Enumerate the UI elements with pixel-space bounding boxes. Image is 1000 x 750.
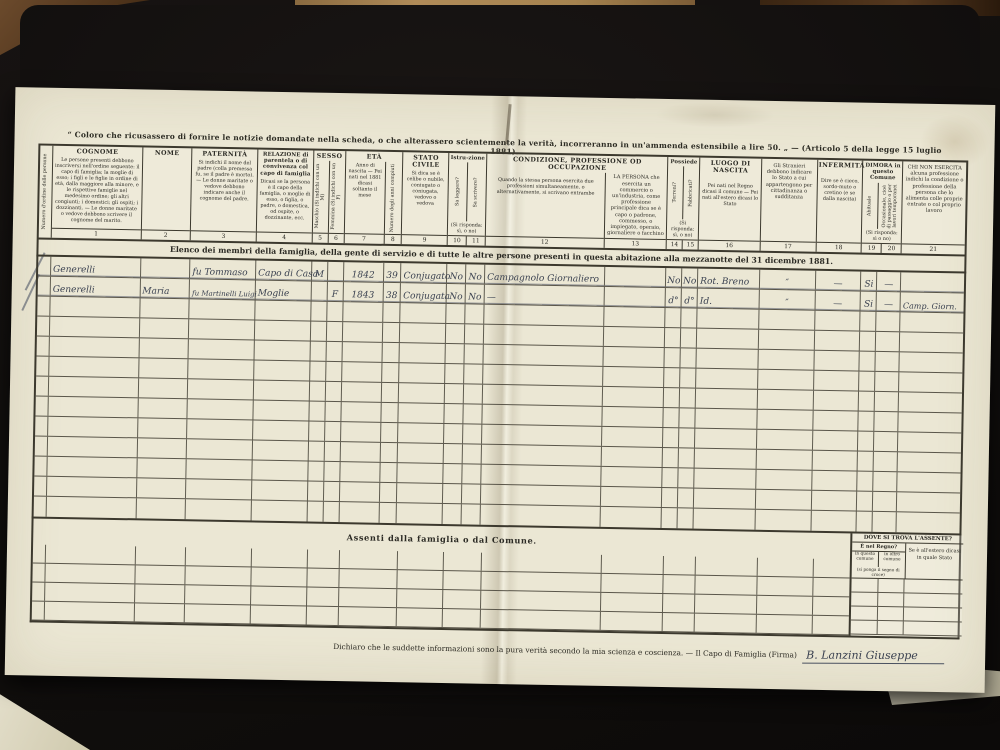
empty-cell	[34, 496, 47, 516]
empty-cell	[379, 503, 397, 523]
empty-cell	[757, 430, 813, 450]
column-header-dimora: DIMORA in questo Comune Abituale Occasio…	[862, 161, 904, 254]
empty-cell	[851, 620, 878, 633]
empty-cell	[877, 312, 901, 331]
empty-cell	[397, 589, 443, 608]
la-persona-note: LA PERSONA che esercita un commercio o u…	[605, 173, 668, 239]
empty-cell	[851, 578, 878, 591]
empty-cell	[342, 362, 382, 382]
empty-cell	[484, 305, 604, 326]
empty-cell	[756, 490, 812, 510]
empty-cell	[253, 400, 309, 420]
empty-cell	[757, 577, 813, 596]
empty-cell	[188, 359, 254, 379]
empty-cell	[759, 310, 815, 330]
dimora-title: DIMORA in questo Comune	[863, 161, 902, 183]
empty-cell	[324, 482, 340, 501]
nome-note	[141, 158, 191, 231]
empty-cell	[877, 607, 904, 620]
absent-croce-nota: (si ponga il segno di croce)	[852, 566, 905, 578]
empty-cell	[32, 582, 45, 600]
column-header-condizione: CONDIZIONE, PROFESSIONE OD OCCUPAZIONE Q…	[486, 154, 669, 249]
empty-cell	[483, 385, 603, 406]
empty-cell	[662, 508, 678, 528]
dimora-occasionale-label: Occasionale, cioè di passaggio o per lav…	[882, 183, 899, 230]
declaration-text: Dichiaro che le suddette informazioni so…	[333, 642, 797, 659]
empty-cell	[323, 502, 339, 522]
cell-chi-non-esercita	[901, 272, 964, 292]
empty-cell	[140, 298, 190, 318]
empty-cell	[397, 483, 443, 503]
column-header-chi-non-esercita: CHI NON ESERCITA alcuna professione indi…	[902, 161, 966, 254]
empty-cell	[399, 403, 445, 423]
empty-cell	[307, 569, 339, 588]
empty-cell	[481, 465, 601, 486]
cell-dimora-abituale: Si	[861, 292, 877, 311]
empty-cell	[187, 419, 253, 439]
cell-maschio	[311, 282, 327, 301]
cell-fabbricati: d°	[682, 288, 698, 307]
cell-numero	[38, 257, 51, 276]
empty-cell	[696, 389, 758, 409]
empty-cell	[755, 510, 811, 531]
empty-cell	[899, 412, 962, 432]
empty-cell	[604, 307, 666, 327]
empty-cell	[309, 402, 325, 421]
empty-cell	[185, 585, 251, 604]
empty-cell	[465, 344, 484, 363]
empty-cell	[858, 432, 874, 451]
empty-cell	[253, 440, 309, 460]
empty-cell	[308, 442, 324, 461]
column-header-stranieri: Gli Stranieri debbono indicare lo Stato …	[760, 159, 817, 252]
assenti-left: Assenti dalla famiglia o dal Comune.	[32, 518, 851, 635]
empty-cell	[49, 357, 139, 378]
empty-cell	[397, 503, 443, 524]
empty-cell	[398, 551, 444, 570]
empty-cell	[873, 492, 897, 511]
empty-cell	[663, 613, 695, 632]
cell-dimora-occasionale: —	[877, 292, 901, 311]
empty-cell	[681, 308, 697, 327]
cell-terreni: No	[666, 268, 682, 287]
empty-cell	[680, 368, 696, 387]
empty-cell	[877, 621, 904, 634]
empty-cell	[483, 405, 603, 426]
assenti-section: Assenti dalla famiglia o dal Comune. DOV…	[30, 518, 962, 639]
empty-cell	[899, 392, 962, 412]
empty-cell	[757, 596, 813, 615]
empty-cell	[187, 439, 253, 459]
empty-cell	[861, 312, 877, 331]
empty-cell	[398, 423, 444, 443]
empty-cell	[697, 309, 759, 329]
empty-cell	[662, 488, 678, 507]
empty-cell	[252, 480, 308, 500]
empty-cell	[873, 512, 897, 532]
absent-altro-comune-label: in altro comune	[879, 552, 905, 567]
cell-stato-civile: Conjugato	[401, 263, 447, 283]
empty-cell	[382, 323, 400, 342]
empty-cell	[758, 350, 814, 370]
luogo-number: 16	[699, 240, 760, 251]
eta-anno-number: 7	[344, 234, 384, 244]
empty-cell	[309, 422, 325, 441]
empty-cell	[462, 464, 481, 483]
cell-sa-leggere: No	[447, 284, 466, 303]
empty-cell	[663, 575, 695, 594]
empty-cell	[758, 390, 814, 410]
eta-anno-note: Anno di nascita — Pei nati nel 1881 dica…	[345, 161, 385, 233]
empty-cell	[324, 462, 340, 481]
empty-cell	[904, 593, 962, 607]
chi-non-esercita-note: CHI NON ESERCITA alcuna professione indi…	[902, 161, 966, 244]
empty-cell	[137, 478, 187, 498]
empty-cell	[135, 565, 185, 584]
cell-femmina	[328, 262, 344, 281]
cell-femmina: F	[327, 282, 343, 301]
absent-regno-column: È nel Regno? in questo comune in altro c…	[852, 542, 907, 578]
empty-cell	[680, 388, 696, 407]
empty-cell	[813, 578, 849, 597]
empty-cell	[397, 608, 443, 627]
empty-cell	[757, 450, 813, 470]
empty-cell	[48, 397, 138, 418]
empty-cell	[445, 384, 464, 403]
empty-cell	[341, 382, 381, 402]
empty-cell	[254, 380, 310, 400]
empty-cell	[310, 382, 326, 401]
cell-sa-leggere: No	[447, 264, 466, 283]
empty-cell	[483, 365, 603, 386]
empty-cell	[601, 612, 663, 631]
empty-cell	[32, 601, 45, 619]
empty-cell	[32, 563, 45, 581]
empty-cell	[137, 438, 187, 458]
empty-cell	[601, 447, 663, 467]
empty-cell	[446, 344, 465, 363]
empty-cell	[251, 567, 307, 586]
empty-cell	[185, 604, 251, 623]
empty-cell	[381, 423, 399, 442]
empty-cell	[696, 409, 758, 429]
empty-cell	[47, 497, 137, 519]
empty-cell	[45, 602, 135, 622]
empty-cell	[904, 607, 962, 621]
empty-cell	[600, 507, 662, 528]
empty-cell	[443, 590, 481, 609]
empty-cell	[381, 403, 399, 422]
empty-cell	[446, 324, 465, 343]
empty-cell	[860, 372, 876, 391]
empty-cell	[443, 484, 462, 503]
empty-cell	[139, 338, 189, 358]
empty-cell	[308, 550, 340, 569]
cell-terreni: d°	[666, 288, 682, 307]
istruzione-nota: (Si risponda: sì, o no)	[448, 221, 485, 236]
empty-cell	[464, 404, 483, 423]
empty-cell	[136, 498, 186, 519]
sa-leggere-label: Sa leggere?	[455, 177, 461, 206]
empty-cell	[310, 362, 326, 381]
empty-cell	[340, 462, 380, 482]
empty-cell	[481, 572, 601, 592]
empty-cell	[36, 376, 49, 395]
empty-cell	[135, 584, 185, 603]
absent-box-header: È nel Regno? in questo comune in altro c…	[852, 542, 964, 580]
empty-cell	[898, 472, 961, 492]
head-of-family-signature: B. Lanzini Giuseppe	[802, 649, 944, 665]
empty-cell	[679, 448, 695, 467]
absent-box-rows	[851, 578, 963, 636]
empty-cell	[481, 485, 601, 506]
empty-cell	[340, 482, 380, 502]
empty-cell	[462, 484, 481, 503]
empty-cell	[875, 372, 899, 391]
empty-cell	[898, 432, 961, 452]
empty-cell	[904, 579, 962, 593]
empty-cell	[664, 388, 680, 407]
empty-cell	[859, 392, 875, 411]
luogo-title: LUOGO DI NASCITA	[700, 158, 761, 177]
empty-cell	[339, 588, 397, 607]
assenti-rows	[32, 544, 850, 635]
terreni-label: Terreni?	[673, 183, 679, 203]
empty-cell	[186, 479, 252, 499]
column-header-nome: NOME 2	[141, 147, 192, 240]
empty-cell	[185, 566, 251, 585]
condizione-note: Quando la stessa persona esercita due pr…	[486, 171, 605, 238]
column-header-luogo-nascita: LUOGO DI NASCITA Pei nati nel Regno dica…	[699, 158, 762, 251]
empty-cell	[343, 322, 383, 342]
cell-anno-nascita: 1842	[344, 262, 384, 282]
photo-of-census-form: “ Coloro che ricusassero di fornire le n…	[0, 0, 1000, 750]
empty-cell	[443, 609, 481, 628]
cell-sa-scrivere: No	[466, 264, 485, 283]
empty-cell	[484, 345, 604, 366]
empty-cell	[340, 550, 398, 569]
empty-cell	[601, 593, 663, 612]
cell-professione: —	[485, 285, 605, 306]
empty-cell	[326, 362, 342, 381]
empty-cell	[139, 358, 189, 378]
empty-cell	[308, 481, 324, 500]
empty-cell	[695, 576, 757, 595]
empty-cell	[874, 432, 898, 451]
empty-cell	[812, 471, 858, 491]
empty-cell	[342, 342, 382, 362]
empty-cell	[678, 488, 694, 507]
empty-cell	[48, 437, 138, 458]
cell-luogo-nascita: Rot. Breno	[698, 269, 760, 289]
empty-cell	[49, 377, 139, 398]
empty-cell	[603, 347, 665, 367]
empty-cell	[664, 556, 696, 575]
fabbricati-number: 15	[683, 240, 698, 249]
empty-cell	[47, 457, 137, 478]
empty-cell	[382, 363, 400, 382]
empty-cell	[399, 383, 445, 403]
empty-cell	[400, 323, 446, 343]
empty-cell	[186, 547, 252, 566]
empty-cell	[482, 425, 602, 446]
empty-cell	[858, 472, 874, 491]
empty-cell	[814, 351, 860, 371]
empty-cell	[679, 428, 695, 447]
paternita-number: 3	[191, 230, 256, 241]
empty-cell	[857, 492, 873, 511]
empty-cell	[813, 431, 859, 451]
empty-cell	[813, 411, 859, 431]
empty-cell	[813, 597, 849, 616]
empty-cell	[663, 468, 679, 487]
sa-scrivere-label: Sa scrivere?	[474, 177, 480, 207]
cell-cognome: Generelli	[51, 277, 141, 298]
cell-nome	[141, 258, 191, 278]
eta-anni-number: 8	[384, 235, 401, 244]
empty-cell	[482, 553, 602, 573]
empty-cell	[398, 463, 444, 483]
empty-cell	[815, 311, 861, 331]
empty-cell	[678, 508, 694, 528]
relazione-title: RELAZIONE di parentela o di convivenza c…	[258, 150, 313, 179]
empty-cell	[813, 616, 849, 635]
empty-cell	[603, 327, 665, 347]
cell-paternita: fu Martinelli Luigi	[190, 279, 256, 299]
empty-cell	[341, 402, 381, 422]
empty-cell	[50, 297, 140, 318]
cell-fabbricati: No	[682, 268, 698, 287]
empty-cell	[50, 337, 140, 358]
empty-cell	[602, 427, 664, 447]
empty-cell	[47, 477, 137, 498]
empty-cell	[33, 544, 46, 562]
possiede-nota: (Si risponda: sì, o no)	[667, 219, 698, 240]
empty-cell	[464, 364, 483, 383]
empty-cell	[695, 429, 757, 449]
empty-cell	[860, 332, 876, 351]
census-table: Numero d'ordine delle persone COGNOME Le…	[30, 144, 969, 640]
empty-cell	[383, 303, 401, 322]
empty-cell	[665, 328, 681, 347]
empty-cell	[900, 312, 963, 332]
cell-straniero: ″	[759, 290, 815, 310]
empty-cell	[481, 591, 601, 611]
cell-maschio: M	[312, 262, 328, 281]
la-persona-number: 13	[605, 238, 667, 249]
empty-cell	[876, 332, 900, 351]
empty-cell	[308, 462, 324, 481]
empty-cell	[875, 412, 899, 431]
sesso-title: SESSO	[314, 151, 345, 162]
cell-infermita: —	[816, 271, 862, 291]
paternita-note: Si indichi il nome del padre (colla prem…	[191, 159, 257, 232]
empty-cell	[876, 352, 900, 371]
empty-cell	[857, 512, 873, 532]
empty-cell	[694, 509, 756, 530]
empty-cell	[601, 574, 663, 593]
empty-cell	[400, 363, 446, 383]
empty-cell	[814, 371, 860, 391]
empty-cell	[35, 436, 48, 455]
sa-scrivere-number: 11	[467, 236, 485, 245]
empty-cell	[812, 491, 858, 511]
empty-cell	[379, 483, 397, 502]
empty-cell	[695, 614, 757, 633]
empty-cell	[697, 349, 759, 369]
empty-cell	[900, 332, 963, 352]
nome-number: 2	[141, 229, 190, 240]
empty-cell	[678, 468, 694, 487]
cell-straniero: ″	[760, 270, 816, 290]
empty-cell	[759, 330, 815, 350]
empty-cell	[398, 443, 444, 463]
empty-cell	[401, 303, 447, 323]
empty-cell	[878, 579, 905, 592]
empty-cell	[663, 428, 679, 447]
empty-cell	[188, 399, 254, 419]
dimora-nota: (Si risponda: sì o no)	[862, 229, 901, 244]
stranieri-note: Gli Stranieri debbono indicare lo Stato …	[761, 159, 817, 242]
empty-cell	[694, 469, 756, 489]
cell-la-persona	[604, 287, 666, 307]
chi-non-esercita-number: 21	[902, 243, 965, 254]
column-header-paternita: PATERNITÀ Si indichi il nome del padre (…	[191, 148, 258, 241]
dimora-abituale-label: Abituale	[868, 195, 874, 215]
column-header-stato-civile: STATO CIVILE Si dica se è celibe o nubil…	[402, 152, 449, 245]
empty-cell	[681, 348, 697, 367]
empty-cell	[601, 467, 663, 487]
empty-cell	[310, 342, 326, 361]
empty-cell	[851, 592, 878, 605]
cell-la-persona	[604, 267, 666, 287]
empty-cell	[900, 352, 963, 372]
empty-cell	[35, 416, 48, 435]
empty-cell	[188, 379, 254, 399]
empty-cell	[443, 571, 481, 590]
cell-luogo-nascita: Id.	[698, 289, 760, 309]
empty-cell	[138, 398, 188, 418]
empty-cell	[45, 583, 135, 603]
empty-cell	[464, 384, 483, 403]
empty-cell	[758, 558, 814, 577]
empty-cell	[327, 322, 343, 341]
empty-cell	[251, 605, 307, 624]
sesso-f-number: 6	[328, 234, 343, 243]
empty-cell	[484, 325, 604, 346]
relazione-note: Dicasi se la persona è il capo della fam…	[257, 177, 313, 232]
empty-cell	[444, 464, 463, 483]
cell-relazione: Moglie	[256, 281, 312, 301]
empty-cell	[481, 610, 601, 630]
cell-sa-scrivere: No	[466, 284, 485, 303]
empty-cell	[252, 548, 308, 567]
empty-cell	[851, 606, 878, 619]
sesso-m-number: 5	[312, 234, 328, 243]
sesso-maschio-label: Maschio (Si indichi con un M)	[315, 161, 327, 233]
census-sheet: “ Coloro che ricusassero di fornire le n…	[5, 87, 996, 693]
empty-cell	[255, 321, 311, 341]
empty-cell	[189, 339, 255, 359]
cell-cognome: Generelli	[51, 257, 141, 278]
empty-cell	[858, 452, 874, 471]
empty-cell	[695, 449, 757, 469]
dimora-occasionale-number: 20	[882, 244, 901, 253]
empty-cell	[757, 410, 813, 430]
empty-cell	[339, 607, 397, 626]
empty-cell	[138, 418, 188, 438]
stato-civile-note: Si dica se è celibe o nubile, coniugato …	[402, 170, 448, 235]
